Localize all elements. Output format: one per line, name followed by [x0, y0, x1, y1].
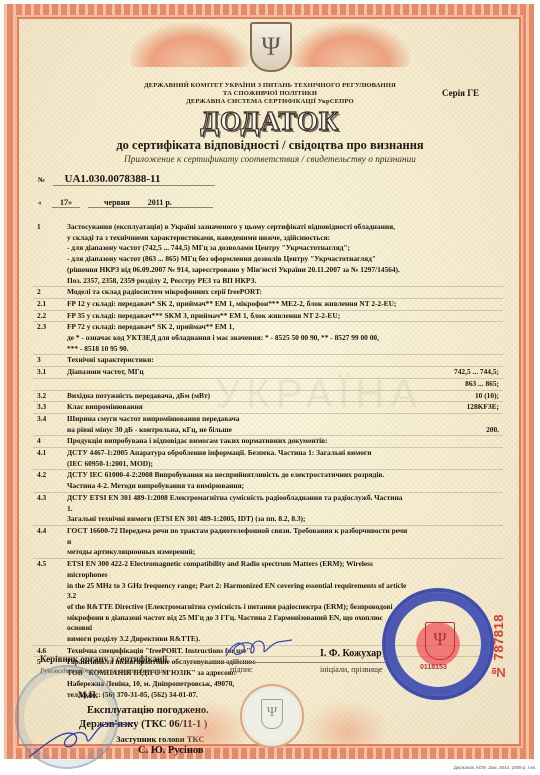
item-number: [33, 276, 67, 287]
item-number: [33, 254, 67, 265]
printer-note: Держзнак. КОФ. Зам. 3044. 2009 р. І кв.: [454, 765, 536, 770]
item-text: Продукція випробувана і відповідає вимог…: [67, 436, 409, 447]
item-number: [33, 344, 67, 355]
item-row: 1Застосування (експлуатація) в Україні з…: [33, 222, 503, 233]
item-text: Клас випромінювання: [67, 402, 409, 413]
item-row: *** - 8518 10 95 90.: [33, 344, 503, 355]
item-number: 4.4: [33, 526, 67, 547]
item-number: [33, 547, 67, 558]
item-row: 4.4ГОСТ 16600-72 Передача речи по тракта…: [33, 525, 503, 547]
signer-name: І. Ф. Кожухар: [320, 648, 382, 659]
item-number: 3.3: [33, 402, 67, 413]
item-row: 4.1ДСТУ 4467-1:2005 Апаратура оброблення…: [33, 447, 503, 459]
item-value: [409, 233, 503, 244]
item-number: 4.2: [33, 470, 67, 481]
certificate-date-row: « 17» червня2011 р.: [38, 198, 213, 208]
certificate-number-row: № UA1.030.0078388-11: [38, 173, 215, 186]
item-row: - для діапазону частот (742,5 ... 744,5)…: [33, 243, 503, 254]
item-text: [67, 379, 409, 390]
head-of-body-label-ru: Руководитель органа по сертификации: [40, 666, 166, 675]
item-row: 4.5ETSI EN 300 422-2 Electromagnetic com…: [33, 558, 503, 580]
bottom-ornament-right: [305, 700, 390, 745]
trident-icon: Ψ: [261, 699, 283, 729]
item-value: [409, 459, 503, 470]
item-text: - для діапазону частот (742,5 ... 744,5)…: [67, 243, 409, 254]
item-text: (IEC 60950-1:2001, MOD);: [67, 459, 409, 470]
seal-label: М.П.: [78, 690, 98, 700]
name-caption: ініціали, прізвище: [320, 665, 383, 674]
item-number: [33, 459, 67, 470]
item-text: Технічні характеристики:: [67, 355, 409, 366]
document-subtitle: до сертифіката відповідності / свідоцтва…: [0, 138, 540, 153]
certificate-number: UA1.030.0078388-11: [53, 173, 215, 186]
ornament-right: [290, 23, 410, 67]
signature-icon: [25, 715, 135, 760]
item-value: [409, 344, 503, 355]
item-text: of the R&TTE Directive (Електромагнітна …: [67, 602, 409, 613]
item-row: 2.3FP 72 у складі: передавач* SK 2, прий…: [33, 321, 503, 333]
item-number: 3: [33, 355, 67, 366]
item-value: [409, 481, 503, 492]
date-month: червня: [104, 198, 130, 207]
item-text: тел./факс: (56) 370-31-05, (562) 34-01-0…: [67, 690, 409, 701]
item-value: 863 ... 865;: [409, 379, 503, 390]
item-row: де * - означає код УКТЗЕД для обладнання…: [33, 333, 503, 344]
item-text: in the 25 MHz to 3 GHz frequency range; …: [67, 581, 409, 602]
item-value: [409, 436, 503, 447]
item-value: [409, 311, 503, 322]
date-quote: «: [38, 199, 50, 207]
item-row: 4.2ДСТУ IEC 61000-4-2:2008 Випробування …: [33, 469, 503, 481]
item-row: 4Продукція випробувана і відповідає вимо…: [33, 435, 503, 447]
item-text: Вихідна потужність передавача, дБм (мВт): [67, 391, 409, 402]
item-text: Частина 4-2. Методи випробування та вимі…: [67, 481, 409, 492]
item-row: 4.3ДСТУ ETSI EN 301 489-1:2008 Електрома…: [33, 492, 503, 514]
agreed-line-4: С. Ю. Русінов: [138, 745, 204, 756]
item-value: 10 (10);: [409, 391, 503, 402]
item-value: [409, 254, 503, 265]
authority-line-3: ДЕРЖАВНА СИСТЕМА СЕРТИФІКАЦІЇ УкрСЕПРО: [0, 98, 540, 106]
item-value: 200.: [409, 425, 503, 436]
serial-number: № 787818: [491, 570, 505, 680]
item-value: [409, 526, 503, 547]
item-number: [33, 425, 67, 436]
item-text: ДСТУ 4467-1:2005 Апаратура оброблення ін…: [67, 448, 409, 459]
item-number: 2.1: [33, 299, 67, 310]
item-row: 2.1FP 12 у складі: передавач* SK 2, прий…: [33, 298, 503, 310]
item-row: (рішення НКРЗ від 06.09.2007 № 914, заре…: [33, 265, 503, 276]
item-row: 2.2FP 35 у складі: передавач*** SKM 3, п…: [33, 310, 503, 322]
item-number: 4.3: [33, 493, 67, 514]
item-row: 3.3Клас випромінювання128KF3E;: [33, 401, 503, 413]
item-number: [33, 265, 67, 276]
item-text: FP 35 у складі: передавач*** SKM 3, прий…: [67, 311, 409, 322]
item-text: - для діапазону частот (863 ... 865) МГц…: [67, 254, 409, 265]
item-value: [409, 222, 503, 233]
item-value: [409, 265, 503, 276]
item-value: [409, 470, 503, 481]
item-text: ДСТУ IEC 61000-4-2:2008 Випробування на …: [67, 470, 409, 481]
date-year: 2011 р.: [148, 198, 172, 207]
item-value: [409, 299, 503, 310]
item-value: 128KF3E;: [409, 402, 503, 413]
item-row: Загальні технічні вимоги (ETSI EN 301 48…: [33, 514, 503, 525]
item-number: 3.4: [33, 414, 67, 425]
item-value: [409, 333, 503, 344]
signature-icon: [222, 634, 294, 664]
item-number: 2.2: [33, 311, 67, 322]
date-month-year: червня2011 р.: [88, 198, 213, 208]
item-row: Частина 4-2. Методи випробування та вимі…: [33, 481, 503, 492]
item-number: [33, 243, 67, 254]
document-subtitle-ru: Приложение к сертификату соответствия / …: [0, 155, 540, 165]
item-number: [33, 333, 67, 344]
item-value: [409, 243, 503, 254]
item-text: Моделі та склад радіосистем мікрофонних …: [67, 287, 409, 298]
item-row: 863 ... 865;: [33, 378, 503, 390]
item-row: методы артикуляционных измерений;: [33, 547, 503, 558]
item-row: 3.4Ширина смуги частот випромінювання пе…: [33, 413, 503, 425]
item-number: [33, 379, 67, 390]
item-text: Поз. 2357, 2358, 2359 розділу 2, Реєстру…: [67, 276, 409, 287]
item-text: (рішення НКРЗ від 06.09.2007 № 914, заре…: [67, 265, 409, 276]
item-value: [409, 514, 503, 525]
item-text: *** - 8518 10 95 90.: [67, 344, 409, 355]
item-number: 3.2: [33, 391, 67, 402]
item-text: Діапазони частот, МГц: [67, 367, 409, 378]
item-text: мікрофони в діапазоні частот від 25 МГц …: [67, 613, 409, 634]
head-of-body-label: Керівник органу з сертифікації: [40, 654, 167, 664]
item-text: де * - означає код УКТЗЕД для обладнання…: [67, 333, 409, 344]
item-text: методы артикуляционных измерений;: [67, 547, 409, 558]
item-number: [33, 233, 67, 244]
item-row: на рівні мінус 30 дБ - контрольна, кГц, …: [33, 425, 503, 436]
item-number: [33, 602, 67, 613]
item-number: [33, 581, 67, 602]
trident-icon: Ψ: [425, 622, 455, 660]
item-text: ДСТУ ETSI EN 301 489-1:2008 Електромагні…: [67, 493, 409, 514]
item-number: [33, 634, 67, 645]
item-value: [409, 287, 503, 298]
item-value: [409, 559, 503, 580]
item-text: Загальні технічні вимоги (ETSI EN 301 48…: [67, 514, 409, 525]
signature-caption: підпис: [230, 665, 253, 674]
item-value: 742,5 ... 744,5;: [409, 367, 503, 378]
bottom-emblem: Ψ: [240, 684, 304, 748]
date-day: 17»: [52, 198, 80, 208]
bottom-ornament-left: [165, 700, 250, 745]
item-text: на рівні мінус 30 дБ - контрольна, кГц, …: [67, 425, 409, 436]
item-text: ГОСТ 16600-72 Передача речи по трактам р…: [67, 526, 409, 547]
item-row: - для діапазону частот (863 ... 865) МГц…: [33, 254, 503, 265]
item-number: 3.1: [33, 367, 67, 378]
item-value: [409, 547, 503, 558]
item-text: Ширина смуги частот випромінювання перед…: [67, 414, 409, 425]
item-value: [409, 448, 503, 459]
item-text: FP 72 у складі: передавач* SK 2, приймач…: [67, 322, 409, 333]
item-text: FP 12 у складі: передавач* SK 2, приймач…: [67, 299, 409, 310]
item-number: 2: [33, 287, 67, 298]
item-row: у складі та з технічними характеристикам…: [33, 233, 503, 244]
number-sign: №: [38, 176, 50, 184]
trident-icon: Ψ: [250, 22, 292, 72]
ornament-left: [130, 23, 250, 67]
stamp-code: 0118153: [420, 664, 447, 671]
item-number: 4.5: [33, 559, 67, 580]
item-text: ETSI EN 300 422-2 Electromagnetic compat…: [67, 559, 409, 580]
document-title: ДОДАТОК: [0, 106, 540, 137]
item-number: [33, 481, 67, 492]
item-row: 3.1Діапазони частот, МГц742,5 ... 744,5;: [33, 366, 503, 378]
series-label: Серія ГЕ: [442, 88, 479, 98]
item-value: [409, 322, 503, 333]
item-text: у складі та з технічними характеристикам…: [67, 233, 409, 244]
item-value: [409, 355, 503, 366]
item-value: [409, 493, 503, 514]
item-value: [409, 276, 503, 287]
item-row: 2Моделі та склад радіосистем мікрофонних…: [33, 286, 503, 298]
item-row: 3Технічні характеристики:: [33, 354, 503, 366]
item-number: 4: [33, 436, 67, 447]
official-stamp: Ψ 0118153: [382, 588, 494, 700]
item-text: Застосування (експлуатація) в Україні за…: [67, 222, 409, 233]
item-row: 3.2Вихідна потужність передавача, дБм (м…: [33, 390, 503, 402]
item-number: 2.3: [33, 322, 67, 333]
item-row: (IEC 60950-1:2001, MOD);: [33, 459, 503, 470]
item-number: [33, 514, 67, 525]
item-row: Поз. 2357, 2358, 2359 розділу 2, Реєстру…: [33, 276, 503, 287]
item-text: Набережна Леніна, 10, м. Дніпропетровськ…: [67, 679, 409, 690]
item-number: 1: [33, 222, 67, 233]
item-value: [409, 414, 503, 425]
item-number: [33, 613, 67, 634]
item-number: 4.1: [33, 448, 67, 459]
